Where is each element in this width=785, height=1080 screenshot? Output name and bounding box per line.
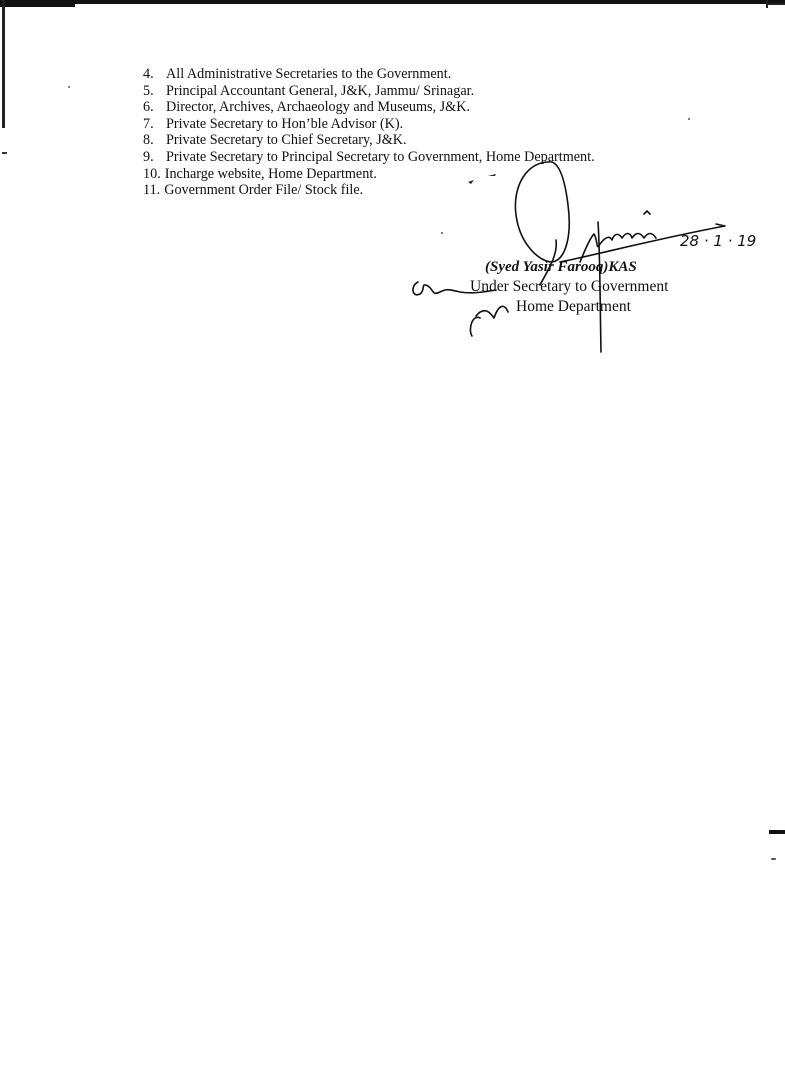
signature-block: (Syed Yasir Farooq)KAS Under Secretary t… xyxy=(0,0,785,400)
signer-department: Home Department xyxy=(516,298,631,316)
signature-loop-stroke xyxy=(515,162,569,262)
handwritten-signature: 28 · 1 · 19 xyxy=(0,0,785,400)
signer-title: Under Secretary to Government xyxy=(470,278,668,296)
scan-margin-mark xyxy=(769,830,785,834)
signer-name: (Syed Yasir Farooq)KAS xyxy=(485,259,637,276)
scan-speck xyxy=(771,858,776,860)
handwritten-date: 28 · 1 · 19 xyxy=(680,232,756,250)
